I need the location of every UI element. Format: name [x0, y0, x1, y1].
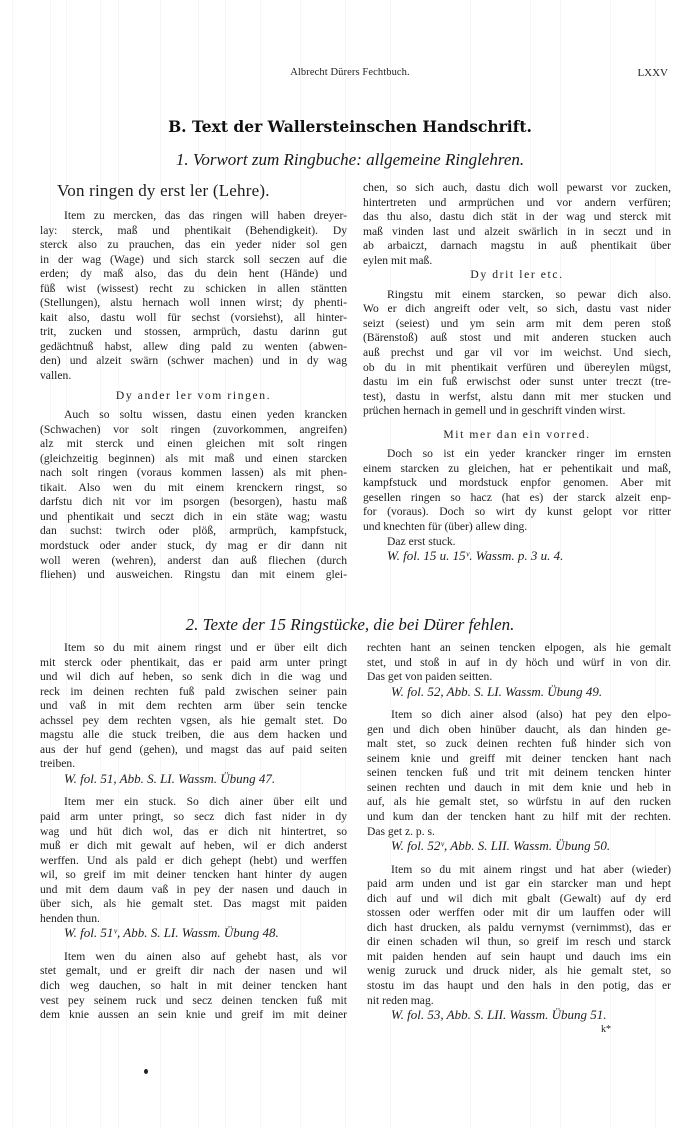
paragraph: Doch so ist ein yeder krancker ringer im…: [363, 447, 671, 534]
text-line: rechten hant an seinen tencken elpogen, …: [367, 641, 671, 656]
book-page: Albrecht Dürers Fechtbuch. LXXV B. Text …: [0, 0, 700, 1129]
text-line: gen und dich oben hinüber daucht, als da…: [367, 723, 671, 738]
text-line: Doch so ist ein yeder krancker ringer im…: [363, 447, 671, 462]
text-line: Item so dich ainer alsod (also) hat pey …: [367, 708, 671, 723]
text-line: stossen oder werffen oder mit dir um lau…: [367, 906, 671, 921]
signature-mark: k*: [367, 1023, 671, 1038]
running-head: Albrecht Dürers Fechtbuch. LXXV: [0, 67, 700, 83]
text-line: chen, so sich auch, dastu dich woll pewa…: [363, 181, 671, 196]
running-title: Albrecht Dürers Fechtbuch.: [0, 67, 700, 78]
text-line: gesellen ringen so hacz (hat es) der sta…: [363, 491, 671, 506]
section-1-right-column: chen, so sich auch, dastu dich woll pewa…: [363, 181, 671, 564]
scan-artifact: [530, 0, 531, 1129]
scan-artifact: [12, 0, 13, 1129]
text-line: und knechten für (über) allew ding.: [363, 520, 671, 535]
text-line: Wo er dich angreift oder velt, so sich, …: [363, 302, 671, 317]
source-reference: W. fol. 15 u. 15ᵛ. Wassm. p. 3 u. 4.: [363, 549, 671, 564]
text-line: for (voraus). Doch so wirt dy kunst gelo…: [363, 505, 671, 520]
scan-artifact: [100, 0, 101, 1129]
main-title: B. Text der Wallersteinschen Handschrift…: [0, 117, 700, 136]
section-2-right-column: rechten hant an seinen tencken elpogen, …: [367, 641, 671, 1037]
source-reference: W. fol. 52, Abb. S. LI. Wassm. Übung 49.: [367, 685, 671, 700]
ink-speck: [144, 1069, 148, 1074]
paragraph: Ringstu mit einem starcken, so pewar dic…: [363, 288, 671, 419]
text-line: ob du in mit phentikait verfüren und übe…: [363, 361, 671, 376]
scan-artifact: [470, 0, 471, 1129]
text-line: seinen tencken fuß und trit mit deinem t…: [367, 766, 671, 781]
scan-artifact: [345, 0, 346, 1129]
text-line: seinem knie und greiff mit deiner tencke…: [367, 752, 671, 767]
text-line: auf, als hie gemalt stet, so würfstu in …: [367, 795, 671, 810]
scan-artifact: [260, 0, 261, 1129]
text-line: prüchen hernach in gemell und in geschri…: [363, 404, 671, 419]
scan-artifact: [655, 0, 656, 1129]
scan-artifact: [390, 0, 391, 1129]
text-line: dir einen schaden wil thun, so greif im …: [367, 935, 671, 950]
text-line: dich auf und wil dich mit gbalt (Gewalt)…: [367, 892, 671, 907]
scan-artifact: [160, 0, 161, 1129]
text-line: Item so du mit ainem ringst und hat aber…: [367, 863, 671, 878]
scan-artifact: [225, 0, 226, 1129]
text-line: kampfstuck und mordstuck enpfor genomen.…: [363, 476, 671, 491]
text-line: eylen mit maß.: [363, 254, 671, 269]
text-line: wenig zuruck und druck nider, als hie ge…: [367, 964, 671, 979]
text-line: und kum dan der tencken hant zu hilf mit…: [367, 810, 671, 825]
section-2-title: 2. Texte der 15 Ringstücke, die bei Düre…: [0, 615, 700, 635]
text-line: test), dastu in werfst, alstu dann mit m…: [363, 390, 671, 405]
page-number: LXXV: [637, 67, 668, 79]
text-line: malt stet, so zuck deinen rechten fuß hi…: [367, 737, 671, 752]
text-line: auß prechst und gar vil vor im weichst. …: [363, 346, 671, 361]
closing-line: Daz erst stuck.: [363, 535, 671, 550]
section-1-title: 1. Vorwort zum Ringbuche: allgemeine Rin…: [0, 150, 700, 170]
text-line: (Bärenstoß) auß stost und mit anderen st…: [363, 331, 671, 346]
scan-artifact: [66, 0, 67, 1129]
paragraph: chen, so sich auch, dastu dich woll pewa…: [363, 181, 671, 268]
scan-artifact: [118, 0, 119, 1129]
scan-artifact: [198, 0, 199, 1129]
text-line: Das get von paiden seitten.: [367, 670, 671, 685]
text-line: seizt (seiest) und ym sein arm mit dem p…: [363, 317, 671, 332]
text-line: hintertreten und armprüchen und vor ande…: [363, 196, 671, 211]
source-reference: W. fol. 53, Abb. S. LII. Wassm. Übung 51…: [367, 1008, 671, 1023]
text-line: dastu im ein fuß erwischst oder sunst un…: [363, 375, 671, 390]
text-line: Ringstu mit einem starcken, so pewar dic…: [363, 288, 671, 303]
text-line: stostu im das haupt und den hals in den …: [367, 979, 671, 994]
text-line: nit reden mag.: [367, 994, 671, 1009]
text-line: stet, und stoß in auf in dy höch und wür…: [367, 656, 671, 671]
text-line: ab arbaiczt, darnach magstu in auß phent…: [363, 239, 671, 254]
scan-artifact: [300, 0, 301, 1129]
paragraph: Item so dich ainer alsod (also) hat pey …: [367, 708, 671, 839]
scan-artifact: [50, 0, 51, 1129]
subheading-preface: Mit mer dan ein vorred.: [363, 428, 671, 443]
text-line: das thu also, dastu dich stät in der wag…: [363, 210, 671, 225]
text-line: paid arm unden und ist gar ein starcker …: [367, 877, 671, 892]
subheading-third-lesson: Dy drit ler etc.: [363, 268, 671, 283]
text-line: einem starcken zu gleichen, hat er pehen…: [363, 462, 671, 477]
text-line: maß vinden last und alzeit swärlich in i…: [363, 225, 671, 240]
scan-artifact: [560, 0, 561, 1129]
text-line: dich hast drucken, als paldu vernymst (v…: [367, 921, 671, 936]
text-line: mit paiden henden auf sein haupt und dau…: [367, 950, 671, 965]
source-reference: W. fol. 52ᵛ, Abb. S. LII. Wassm. Übung 5…: [367, 839, 671, 854]
text-line: Das get z. p. s.: [367, 825, 671, 840]
text-line: seinen rechten und dauch in mit dem knie…: [367, 781, 671, 796]
scan-artifact: [610, 0, 611, 1129]
paragraph: rechten hant an seinen tencken elpogen, …: [367, 641, 671, 685]
paragraph: Item so du mit ainem ringst und hat aber…: [367, 863, 671, 1008]
